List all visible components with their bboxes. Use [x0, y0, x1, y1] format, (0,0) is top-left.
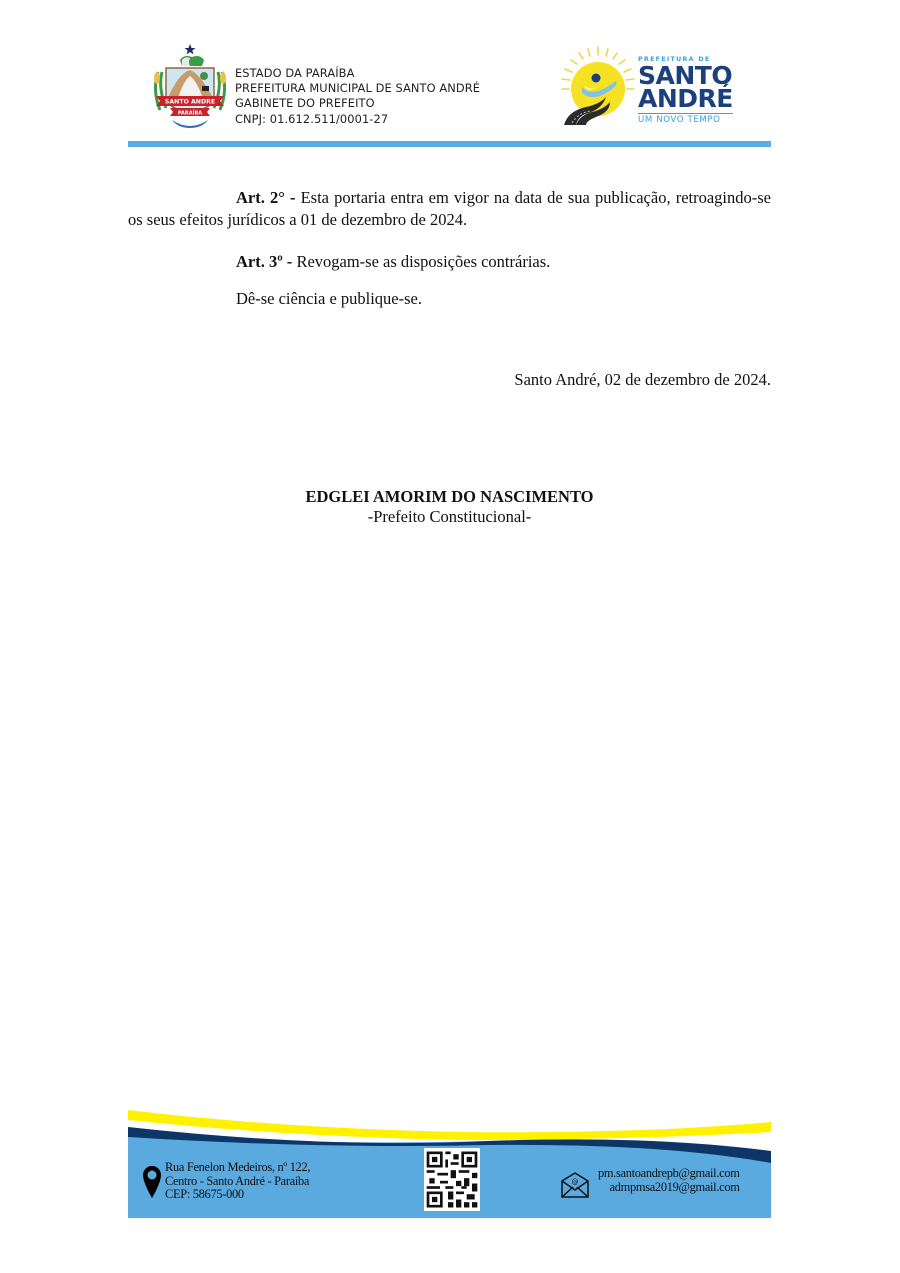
article-2-text: Esta portaria entra em vigor na data de …: [128, 188, 771, 229]
brand-logo: PREFEITURA DE SANTO ANDRÉ UM NOVO TEMPO: [558, 45, 778, 133]
article-2-label: Art. 2° -: [236, 188, 295, 207]
address-cep: CEP: 58675-000: [165, 1188, 310, 1202]
email-secondary[interactable]: admpmsa2019@gmail.com: [598, 1181, 740, 1195]
svg-text:SANTO ANDRE: SANTO ANDRE: [165, 99, 215, 106]
footer: Rua Fenelon Medeiros, nº 122, Centro - S…: [128, 1105, 771, 1218]
article-3: Art. 3º - Revogam-se as disposições cont…: [128, 251, 879, 273]
map-pin-icon: [142, 1165, 162, 1199]
email-primary[interactable]: pm.santoandrepb@gmail.com: [598, 1167, 740, 1181]
letterhead: SANTO ANDRE PARAÍBA ESTADO DA PARAÍBA PR…: [128, 40, 771, 148]
article-3-text: Revogam-se as disposições contrárias.: [296, 252, 550, 271]
article-2: Art. 2° - Esta portaria entra em vigor n…: [128, 187, 771, 231]
sun-road-icon: [558, 45, 640, 127]
svg-text:@: @: [572, 1178, 579, 1186]
header-divider: [128, 141, 771, 147]
email-lines: pm.santoandrepb@gmail.com admpmsa2019@gm…: [598, 1167, 740, 1194]
address-street: Rua Fenelon Medeiros, nº 122,: [165, 1161, 310, 1175]
address-lines: Rua Fenelon Medeiros, nº 122, Centro - S…: [165, 1161, 310, 1202]
coat-of-arms-icon: SANTO ANDRE PARAÍBA: [148, 42, 232, 132]
brand-wordmark: PREFEITURA DE SANTO ANDRÉ UM NOVO TEMPO: [638, 56, 733, 125]
footer-contact: @ pm.santoandrepb@gmail.com admpmsa2019@…: [560, 1167, 740, 1199]
signatory-name: EDGLEI AMORIM DO NASCIMENTO: [128, 487, 771, 507]
place-and-date: Santo André, 02 de dezembro de 2024.: [128, 369, 771, 391]
svg-text:PARAÍBA: PARAÍBA: [178, 109, 202, 117]
letterhead-text: ESTADO DA PARAÍBA PREFEITURA MUNICIPAL D…: [235, 66, 480, 127]
municipality-name: PREFEITURA MUNICIPAL DE SANTO ANDRÉ: [235, 81, 480, 96]
article-3-label: Art. 3º -: [236, 252, 292, 271]
state-name: ESTADO DA PARAÍBA: [235, 66, 480, 81]
footer-address: Rua Fenelon Medeiros, nº 122, Centro - S…: [142, 1161, 310, 1202]
signature-block: EDGLEI AMORIM DO NASCIMENTO -Prefeito Co…: [128, 487, 771, 527]
address-district: Centro - Santo André - Paraíba: [165, 1175, 310, 1189]
closing-statement: Dê-se ciência e publique-se.: [128, 288, 879, 310]
office-name: GABINETE DO PREFEITO: [235, 96, 480, 111]
qr-code: [424, 1148, 480, 1211]
signatory-title: -Prefeito Constitucional-: [128, 507, 771, 527]
envelope-at-icon: @: [560, 1171, 590, 1199]
cnpj: CNPJ: 01.612.511/0001-27: [235, 112, 480, 127]
